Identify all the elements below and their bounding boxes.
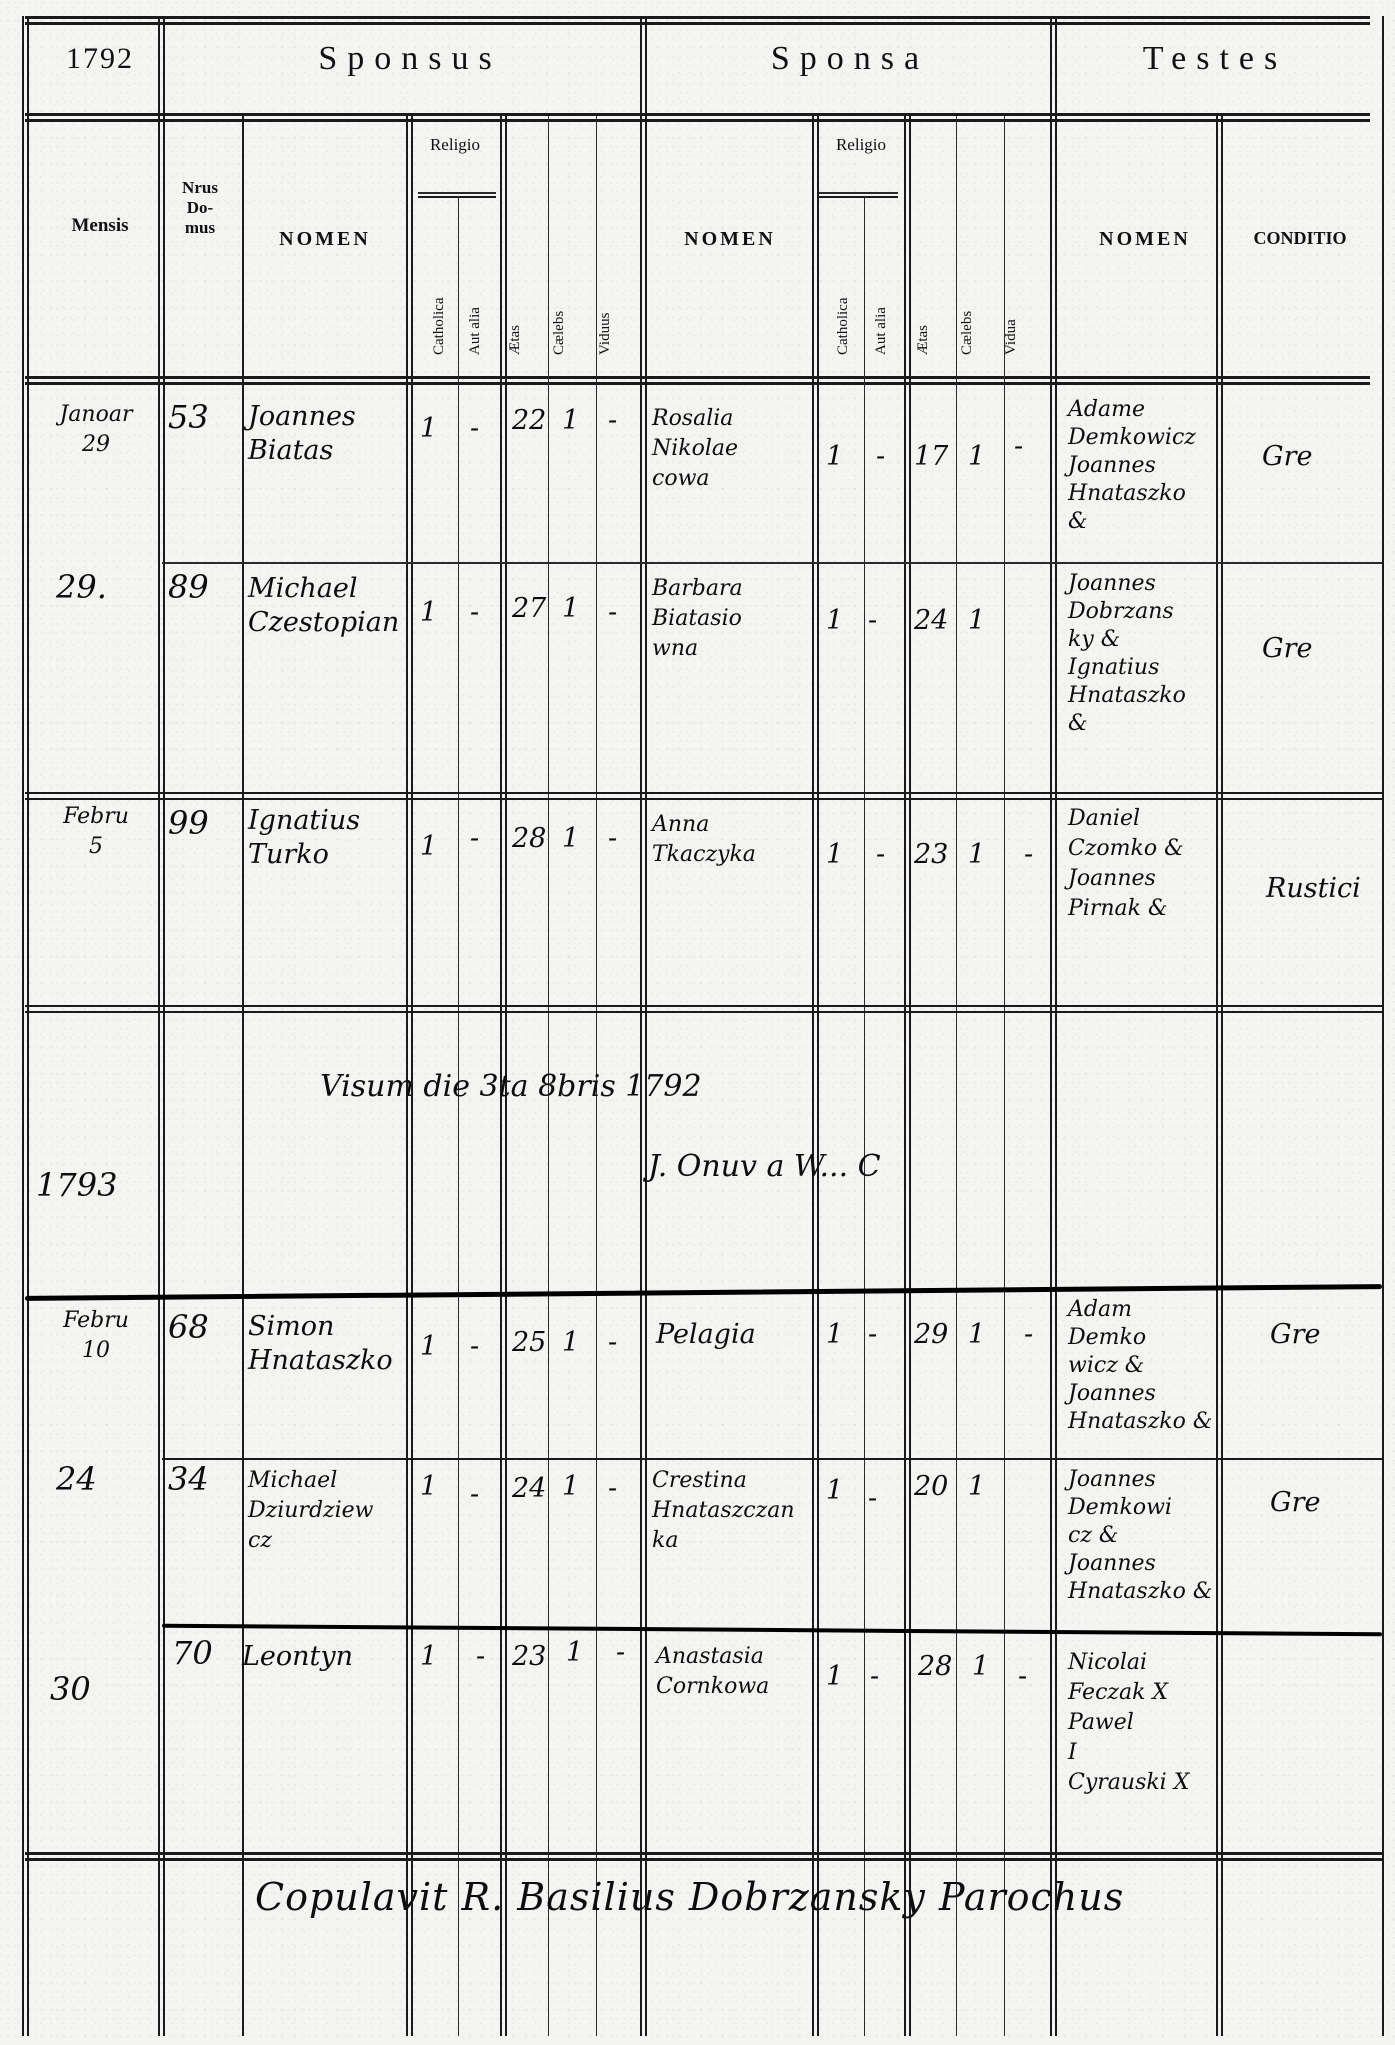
- entry-2-condition: Gre: [1262, 632, 1312, 666]
- footer-rule: [25, 1852, 1382, 1855]
- entry-1-witnesses: Adame Demkowicz Joannes Hnataszko &: [1068, 396, 1196, 536]
- rule-groom-catholica: [458, 196, 459, 2036]
- entry-5-bride-aut-alia: -: [868, 1482, 877, 1516]
- entry-4-witnesses: Adam Demko wicz & Joannes Hnataszko &: [1068, 1296, 1212, 1436]
- entry-6-bride-aut-alia: -: [870, 1660, 879, 1694]
- entry-6-house: 70: [172, 1636, 213, 1670]
- witness-nomen-header: NOMEN: [1065, 228, 1225, 251]
- bride-aetas-header: Ætas: [915, 325, 932, 355]
- entry-1-bride-age: 17: [914, 440, 948, 474]
- register-year: 1792: [40, 42, 160, 76]
- entry-5-groom-age: 24: [512, 1472, 546, 1506]
- entry-3-witnesses: Daniel Czomko & Joannes Pirnak &: [1068, 804, 1184, 924]
- entry-3-groom-catholica: 1: [420, 830, 437, 864]
- entry-2-witnesses: Joannes Dobrzans ky & Ignatius Hnataszko…: [1068, 570, 1186, 738]
- entry-5-condition: Gre: [1270, 1486, 1320, 1520]
- entry-3-groom-caelebs: 1: [562, 822, 579, 856]
- rule-bride-religio: [904, 116, 906, 2036]
- entry-2-date: 29.: [56, 570, 107, 604]
- row-separator-4: [162, 1458, 1382, 1460]
- entry-6-bride-name: Anastasia Cornkowa: [656, 1642, 769, 1702]
- entry-5-groom-catholica: 1: [420, 1470, 437, 1504]
- groom-nomen-header: NOMEN: [245, 228, 405, 251]
- entry-1-groom-catholica: 1: [420, 412, 437, 446]
- entry-2-groom-caelebs: 1: [562, 592, 579, 626]
- row-separator-5: [162, 1624, 1382, 1637]
- entry-2-groom-catholica: 1: [420, 596, 437, 630]
- bride-nomen-header: NOMEN: [650, 228, 810, 251]
- groom-religio-header: Religio: [412, 135, 498, 155]
- entry-1-house: 53: [168, 400, 209, 434]
- entry-4-bride-age: 29: [914, 1318, 948, 1352]
- entry-5-bride-caelebs: 1: [968, 1470, 985, 1504]
- rule-sponsus-end: [640, 16, 642, 2036]
- visitation-signature: J. Onuv a W... C: [648, 1150, 881, 1184]
- testes-heading: Testes: [1060, 40, 1370, 78]
- entry-4-groom-age: 25: [512, 1326, 546, 1360]
- entry-1-bride-caelebs: 1: [968, 440, 985, 474]
- entry-3-bride-catholica: 1: [826, 838, 843, 872]
- entry-6-witnesses: Nicolai Feczak X Pawel I Cyrauski X: [1068, 1648, 1189, 1798]
- entry-5-house: 34: [168, 1462, 209, 1496]
- entry-6-groom-aut-alia: -: [476, 1640, 485, 1674]
- mensis-header: Mensis: [40, 215, 160, 237]
- entry-5-date: 24: [56, 1462, 97, 1496]
- entry-3-date: Febru 5: [34, 802, 158, 862]
- sponsa-heading: Sponsa: [650, 40, 1050, 78]
- entry-6-bride-age: 28: [918, 1650, 952, 1684]
- entry-3-groom-viduus: -: [608, 822, 617, 856]
- entry-6-groom-age: 23: [512, 1640, 546, 1674]
- entry-6-bride-caelebs: 1: [972, 1650, 989, 1684]
- left-border: [22, 16, 24, 2036]
- entry-5-groom-name: Michael Dziurdziew cz: [248, 1466, 374, 1556]
- entry-4-bride-catholica: 1: [826, 1318, 843, 1352]
- rule-bride-caelebs: [1004, 116, 1005, 2036]
- entry-4-groom-catholica: 1: [420, 1330, 437, 1364]
- rule-sponsa-end: [1050, 16, 1052, 2036]
- entry-4-condition: Gre: [1270, 1318, 1320, 1352]
- entry-1-date: Janoar 29: [34, 400, 158, 460]
- entry-1-groom-aut-alia: -: [470, 412, 479, 446]
- entry-5-groom-caelebs: 1: [562, 1470, 579, 1504]
- entry-3-groom-aut-alia: -: [470, 822, 479, 856]
- entry-1-bride-name: Rosalia Nikolae cowa: [652, 404, 738, 494]
- entry-1-bride-aut-alia: -: [876, 440, 885, 474]
- entry-6-date: 30: [50, 1672, 91, 1706]
- entry-3-bride-aut-alia: -: [876, 838, 885, 872]
- entry-4-bride-caelebs: 1: [968, 1318, 985, 1352]
- entry-1-condition: Gre: [1262, 440, 1312, 474]
- bride-aut-alia-header: Aut alia: [873, 307, 890, 355]
- entry-2-bride-aut-alia: -: [868, 604, 877, 638]
- entry-5-witnesses: Joannes Demkowi cz & Joannes Hnataszko &: [1068, 1466, 1212, 1606]
- header-bottom-rule: [25, 376, 1370, 379]
- entry-2-bride-age: 24: [914, 604, 948, 638]
- bride-vidua-header: Vidua: [1003, 319, 1020, 355]
- row-separator-1: [162, 562, 1382, 564]
- entry-6-groom-catholica: 1: [420, 1640, 437, 1674]
- right-border: [1382, 16, 1384, 2036]
- entry-4-groom-aut-alia: -: [470, 1330, 479, 1364]
- entry-6-groom-viduus: -: [616, 1636, 625, 1670]
- entry-2-bride-catholica: 1: [826, 604, 843, 638]
- bride-catholica-header: Catholica: [835, 298, 852, 355]
- sponsus-heading: Sponsus: [180, 40, 640, 78]
- entry-3-bride-caelebs: 1: [968, 838, 985, 872]
- rule-bride-catholica: [864, 196, 865, 2036]
- entry-5-groom-viduus: -: [608, 1472, 617, 1506]
- entry-3-bride-vidua: -: [1024, 838, 1033, 872]
- rule-mensis: [158, 16, 160, 2036]
- entry-2-groom-age: 27: [512, 592, 546, 626]
- header-top-rule: [25, 16, 1370, 19]
- entry-2-groom-aut-alia: -: [470, 596, 479, 630]
- entry-3-groom-name: Ignatius Turko: [248, 804, 360, 872]
- conditio-header: CONDITIO: [1225, 228, 1375, 249]
- entry-5-groom-aut-alia: -: [470, 1478, 479, 1512]
- row-separator-2: [25, 792, 1382, 794]
- entry-4-groom-viduus: -: [608, 1326, 617, 1360]
- entry-6-bride-catholica: 1: [826, 1660, 843, 1694]
- entry-3-house: 99: [168, 806, 209, 840]
- entry-4-bride-name: Pelagia: [656, 1318, 756, 1352]
- priest-signature: Copulavit R. Basilius Dobrzansky Parochu…: [255, 1880, 1124, 1914]
- entry-4-bride-vidua: -: [1024, 1318, 1033, 1352]
- groom-aetas-header: Ætas: [507, 325, 524, 355]
- entry-1-groom-caelebs: 1: [562, 404, 579, 438]
- header-mid-rule: [25, 113, 1370, 116]
- entry-6-bride-vidua: -: [1018, 1660, 1027, 1694]
- entry-1-groom-name: Joannes Biatas: [248, 400, 356, 468]
- entry-1-groom-age: 22: [512, 404, 546, 438]
- entry-3-bride-name: Anna Tkaczyka: [652, 810, 756, 870]
- row-separator-3: [25, 1005, 1382, 1007]
- bride-religio-rule: [818, 192, 898, 194]
- entry-4-house: 68: [168, 1310, 209, 1344]
- visitation-note: Visum die 3ta 8bris 1792: [320, 1070, 702, 1104]
- entry-3-groom-age: 28: [512, 822, 546, 856]
- entry-5-bride-name: Crestina Hnataszczan ka: [652, 1466, 795, 1556]
- entry-4-groom-name: Simon Hnataszko: [248, 1310, 393, 1378]
- entry-4-bride-aut-alia: -: [868, 1318, 877, 1352]
- year-1793-label: 1793: [36, 1168, 117, 1202]
- register-page: 1792 Sponsus Sponsa Testes Mensis Nrus D…: [0, 0, 1395, 2045]
- entry-2-bride-name: Barbara Biatasio wna: [652, 574, 743, 664]
- groom-aut-alia-header: Aut alia: [467, 307, 484, 355]
- entry-2-house: 89: [168, 570, 209, 604]
- groom-caelebs-header: Cælebs: [551, 311, 568, 355]
- entry-2-groom-viduus: -: [608, 596, 617, 630]
- groom-catholica-header: Catholica: [431, 298, 448, 355]
- entry-2-groom-name: Michael Czestopian: [248, 572, 399, 640]
- entry-4-date: Febru 10: [34, 1306, 158, 1366]
- entry-5-bride-age: 20: [914, 1470, 948, 1504]
- groom-viduus-header: Viduus: [597, 313, 614, 355]
- entry-2-bride-caelebs: 1: [968, 604, 985, 638]
- entry-1-bride-catholica: 1: [826, 440, 843, 474]
- rule-bride-nomen: [812, 116, 814, 2036]
- entry-3-bride-age: 23: [914, 838, 948, 872]
- rule-witness-nomen: [1216, 116, 1218, 2036]
- rule-bride-aetas: [956, 116, 957, 2036]
- entry-4-groom-caelebs: 1: [562, 1326, 579, 1360]
- entry-3-condition: Rustici: [1266, 872, 1361, 906]
- entry-1-groom-viduus: -: [608, 404, 617, 438]
- bride-religio-header: Religio: [818, 135, 904, 155]
- entry-1-bride-vidua: -: [1014, 430, 1023, 464]
- groom-religio-rule: [418, 192, 496, 194]
- nrus-domus-header: Nrus Do- mus: [170, 178, 230, 238]
- entry-6-groom-caelebs: 1: [566, 1636, 583, 1670]
- entry-5-bride-catholica: 1: [826, 1474, 843, 1508]
- bride-caelebs-header: Cælebs: [959, 311, 976, 355]
- rule-domus: [242, 116, 244, 2036]
- entry-6-groom-name: Leontyn: [242, 1640, 353, 1674]
